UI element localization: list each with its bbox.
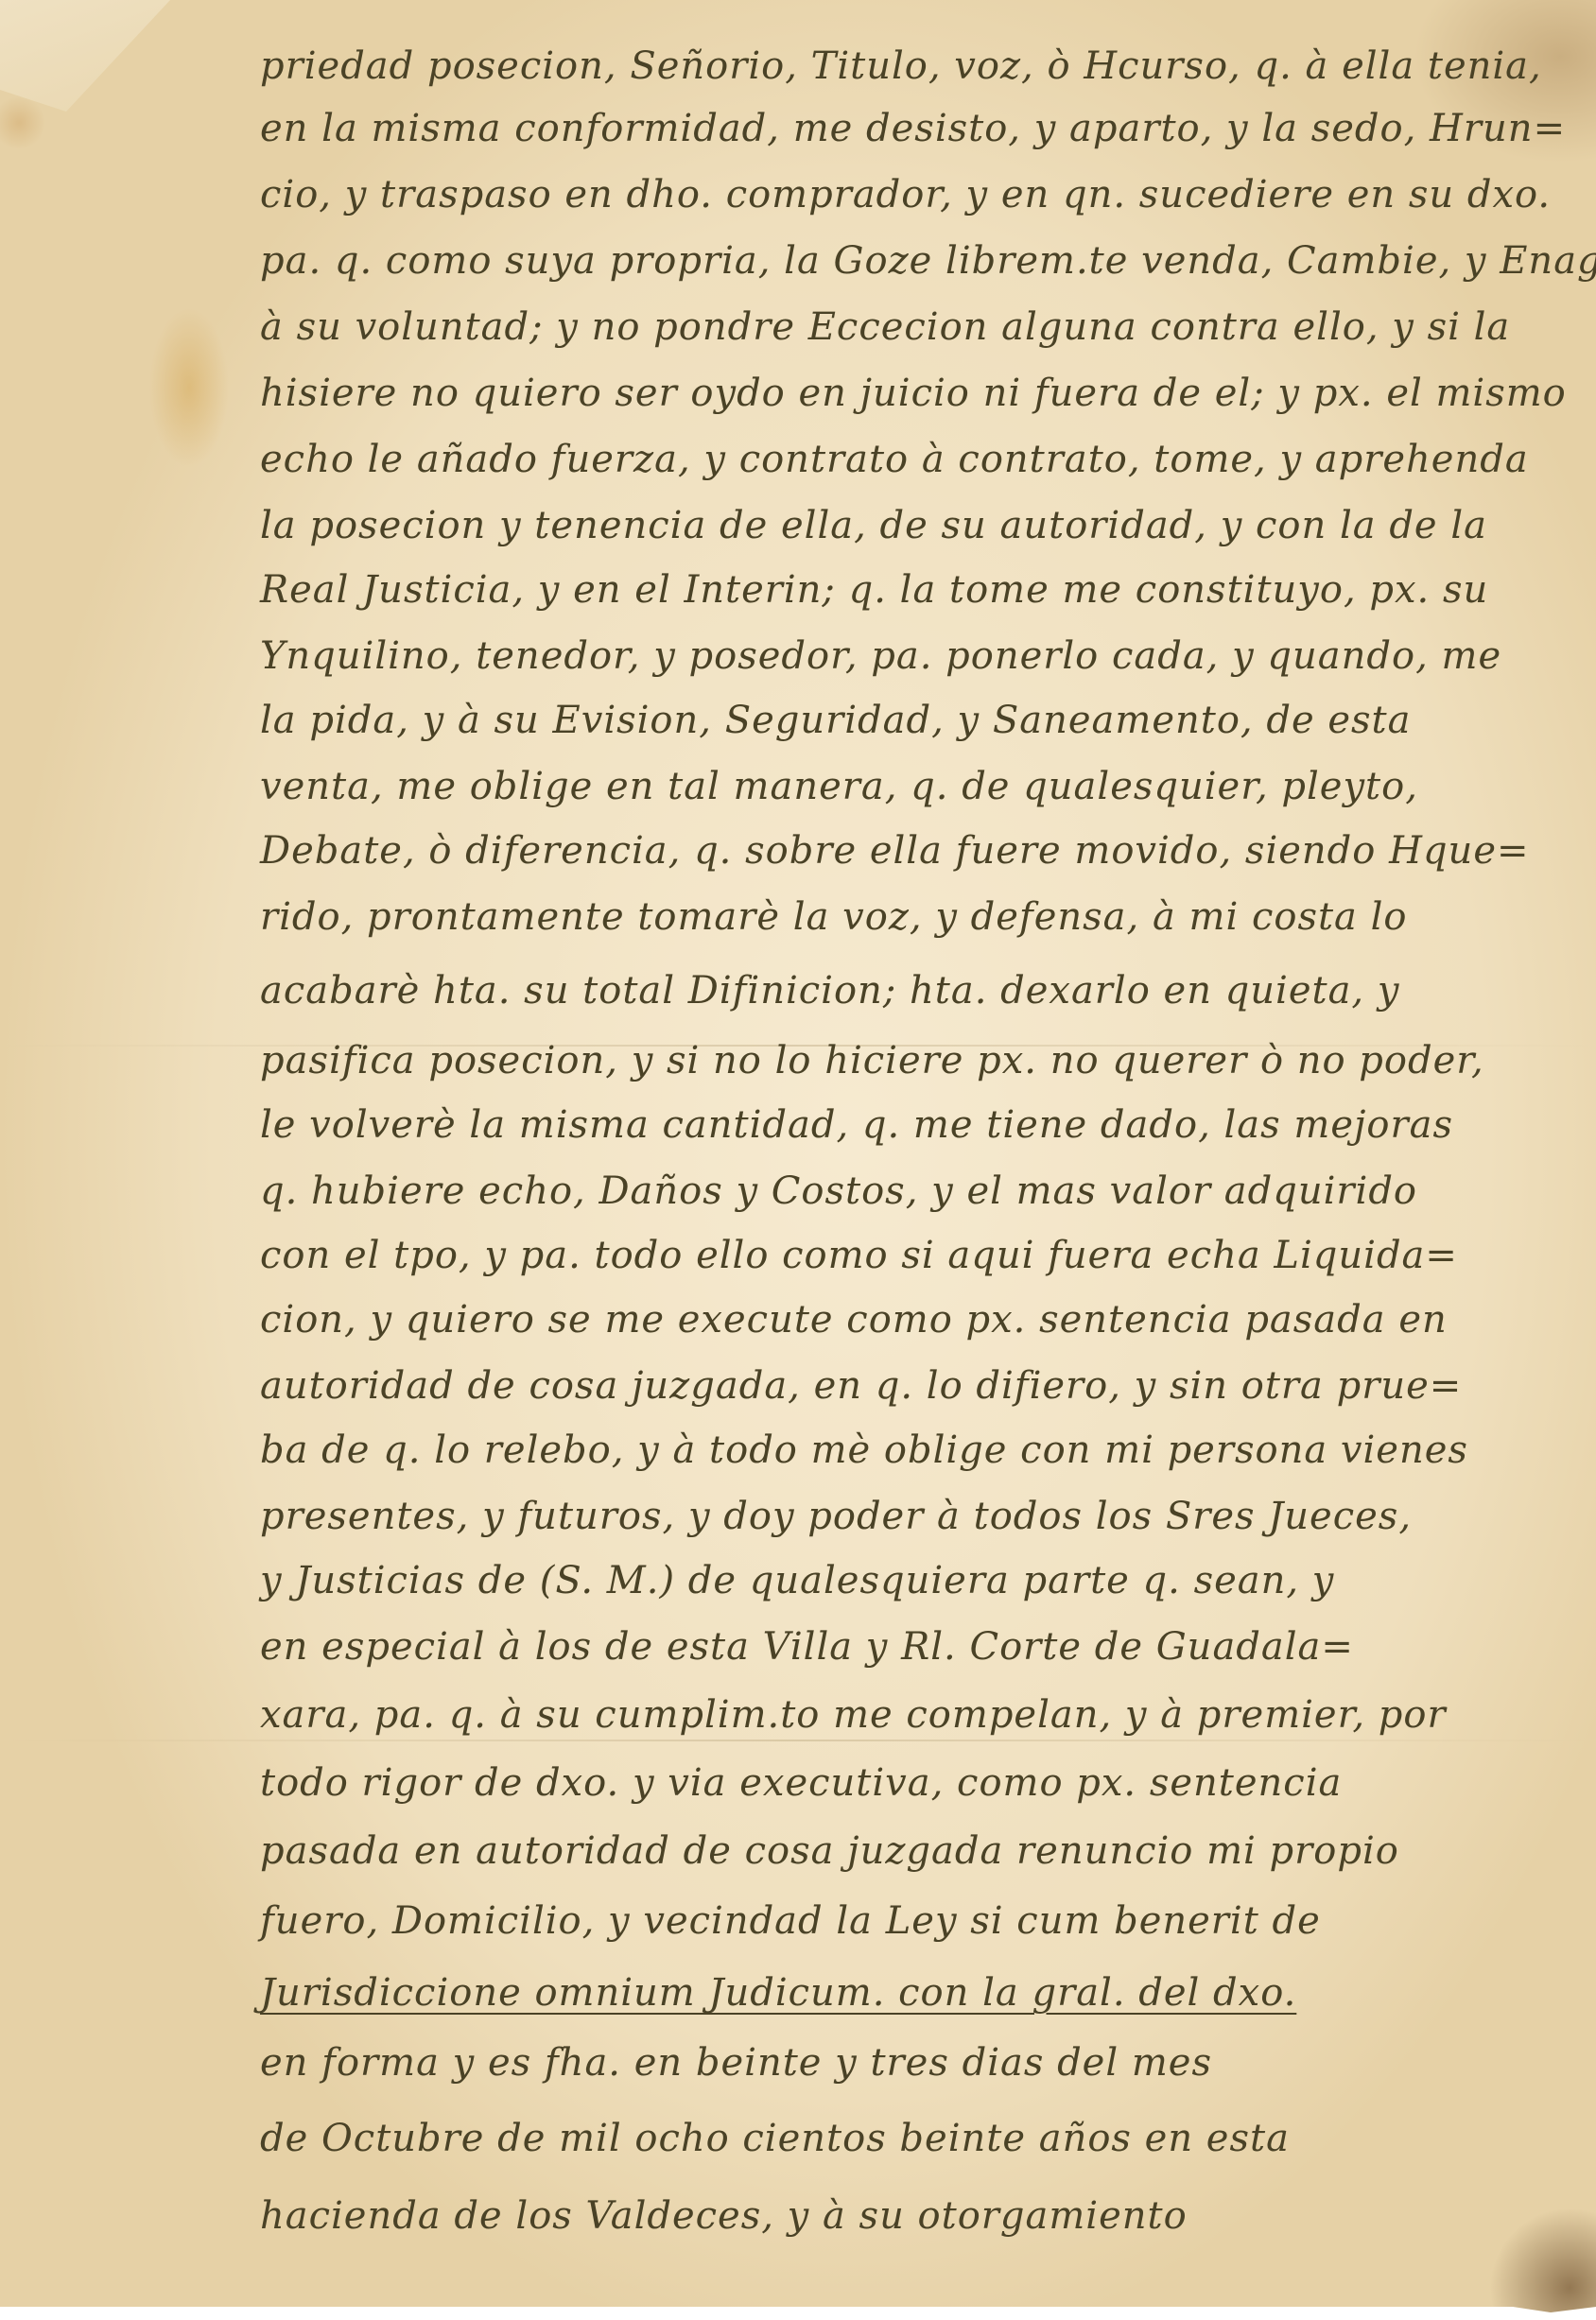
manuscript-line: Real Justicia, y en el Interin; q. la to… [260,563,1488,616]
manuscript-line: pasifica posecion, y si no lo hiciere px… [260,1034,1484,1087]
manuscript-line: pa. q. como suya propria, la Goze librem… [260,234,1596,287]
manuscript-line: hacienda de los Valdeces, y à su otorgam… [260,2190,1188,2242]
folded-corner [0,0,170,113]
manuscript-line: venta, me oblige en tal manera, q. de qu… [260,760,1418,813]
manuscript-line: en la misma conformidad, me desisto, y a… [260,102,1566,155]
manuscript-line: q. hubiere echo, Daños y Costos, y el ma… [260,1165,1417,1218]
manuscript-line: en forma y es fha. en beinte y tres dias… [260,2036,1212,2089]
manuscript-line: Ynquilino, tenedor, y posedor, pa. poner… [260,630,1501,683]
manuscript-line: pasada en autoridad de cosa juzgada renu… [260,1825,1399,1878]
manuscript-line: echo le añado fuerza, y contrato à contr… [260,433,1529,486]
manuscript-line: rido, prontamente tomarè la voz, y defen… [260,891,1407,944]
manuscript-line: presentes, y futuros, y doy poder à todo… [260,1490,1412,1543]
manuscript-line: la posecion y tenencia de ella, de su au… [260,499,1487,552]
manuscript-line: à su voluntad; y no pondre Eccecion algu… [260,301,1510,354]
manuscript-line: y Justicias de (S. M.) de qualesquiera p… [260,1554,1334,1607]
manuscript-line: cio, y traspaso en dho. comprador, y en … [260,168,1551,221]
manuscript-line: autoridad de cosa juzgada, en q. lo difi… [260,1359,1462,1412]
manuscript-line: Debate, ò diferencia, q. sobre ella fuer… [260,824,1530,877]
manuscript-line: en especial à los de esta Villa y Rl. Co… [260,1620,1354,1673]
manuscript-line-underlined: Jurisdiccione omnium Judicum. con la gra… [260,1966,1296,2019]
manuscript-line: le volverè la misma cantidad, q. me tien… [260,1099,1453,1151]
manuscript-line: hisiere no quiero ser oydo en juicio ni … [260,367,1567,420]
manuscript-line: fuero, Domicilio, y vecindad la Ley si c… [260,1895,1321,1948]
manuscript-line: la pida, y à su Evision, Seguridad, y Sa… [260,694,1411,747]
manuscript-line: ba de q. lo relebo, y à todo mè oblige c… [260,1424,1468,1477]
manuscript-line: todo rigor de dxo. y via executiva, como… [260,1757,1342,1809]
manuscript-line: priedad posecion, Señorio, Titulo, voz, … [260,40,1542,93]
manuscript-line: xara, pa. q. à su cumplim.to me compelan… [260,1688,1447,1741]
manuscript-line: de Octubre de mil ocho cientos beinte añ… [260,2112,1290,2165]
manuscript-page: priedad posecion, Señorio, Titulo, voz, … [0,0,1596,2320]
manuscript-line: cion, y quiero se me execute como px. se… [260,1293,1448,1346]
manuscript-line: con el tpo, y pa. todo ello como si aqui… [260,1229,1458,1282]
manuscript-line: acabarè hta. su total Difinicion; hta. d… [260,964,1399,1017]
